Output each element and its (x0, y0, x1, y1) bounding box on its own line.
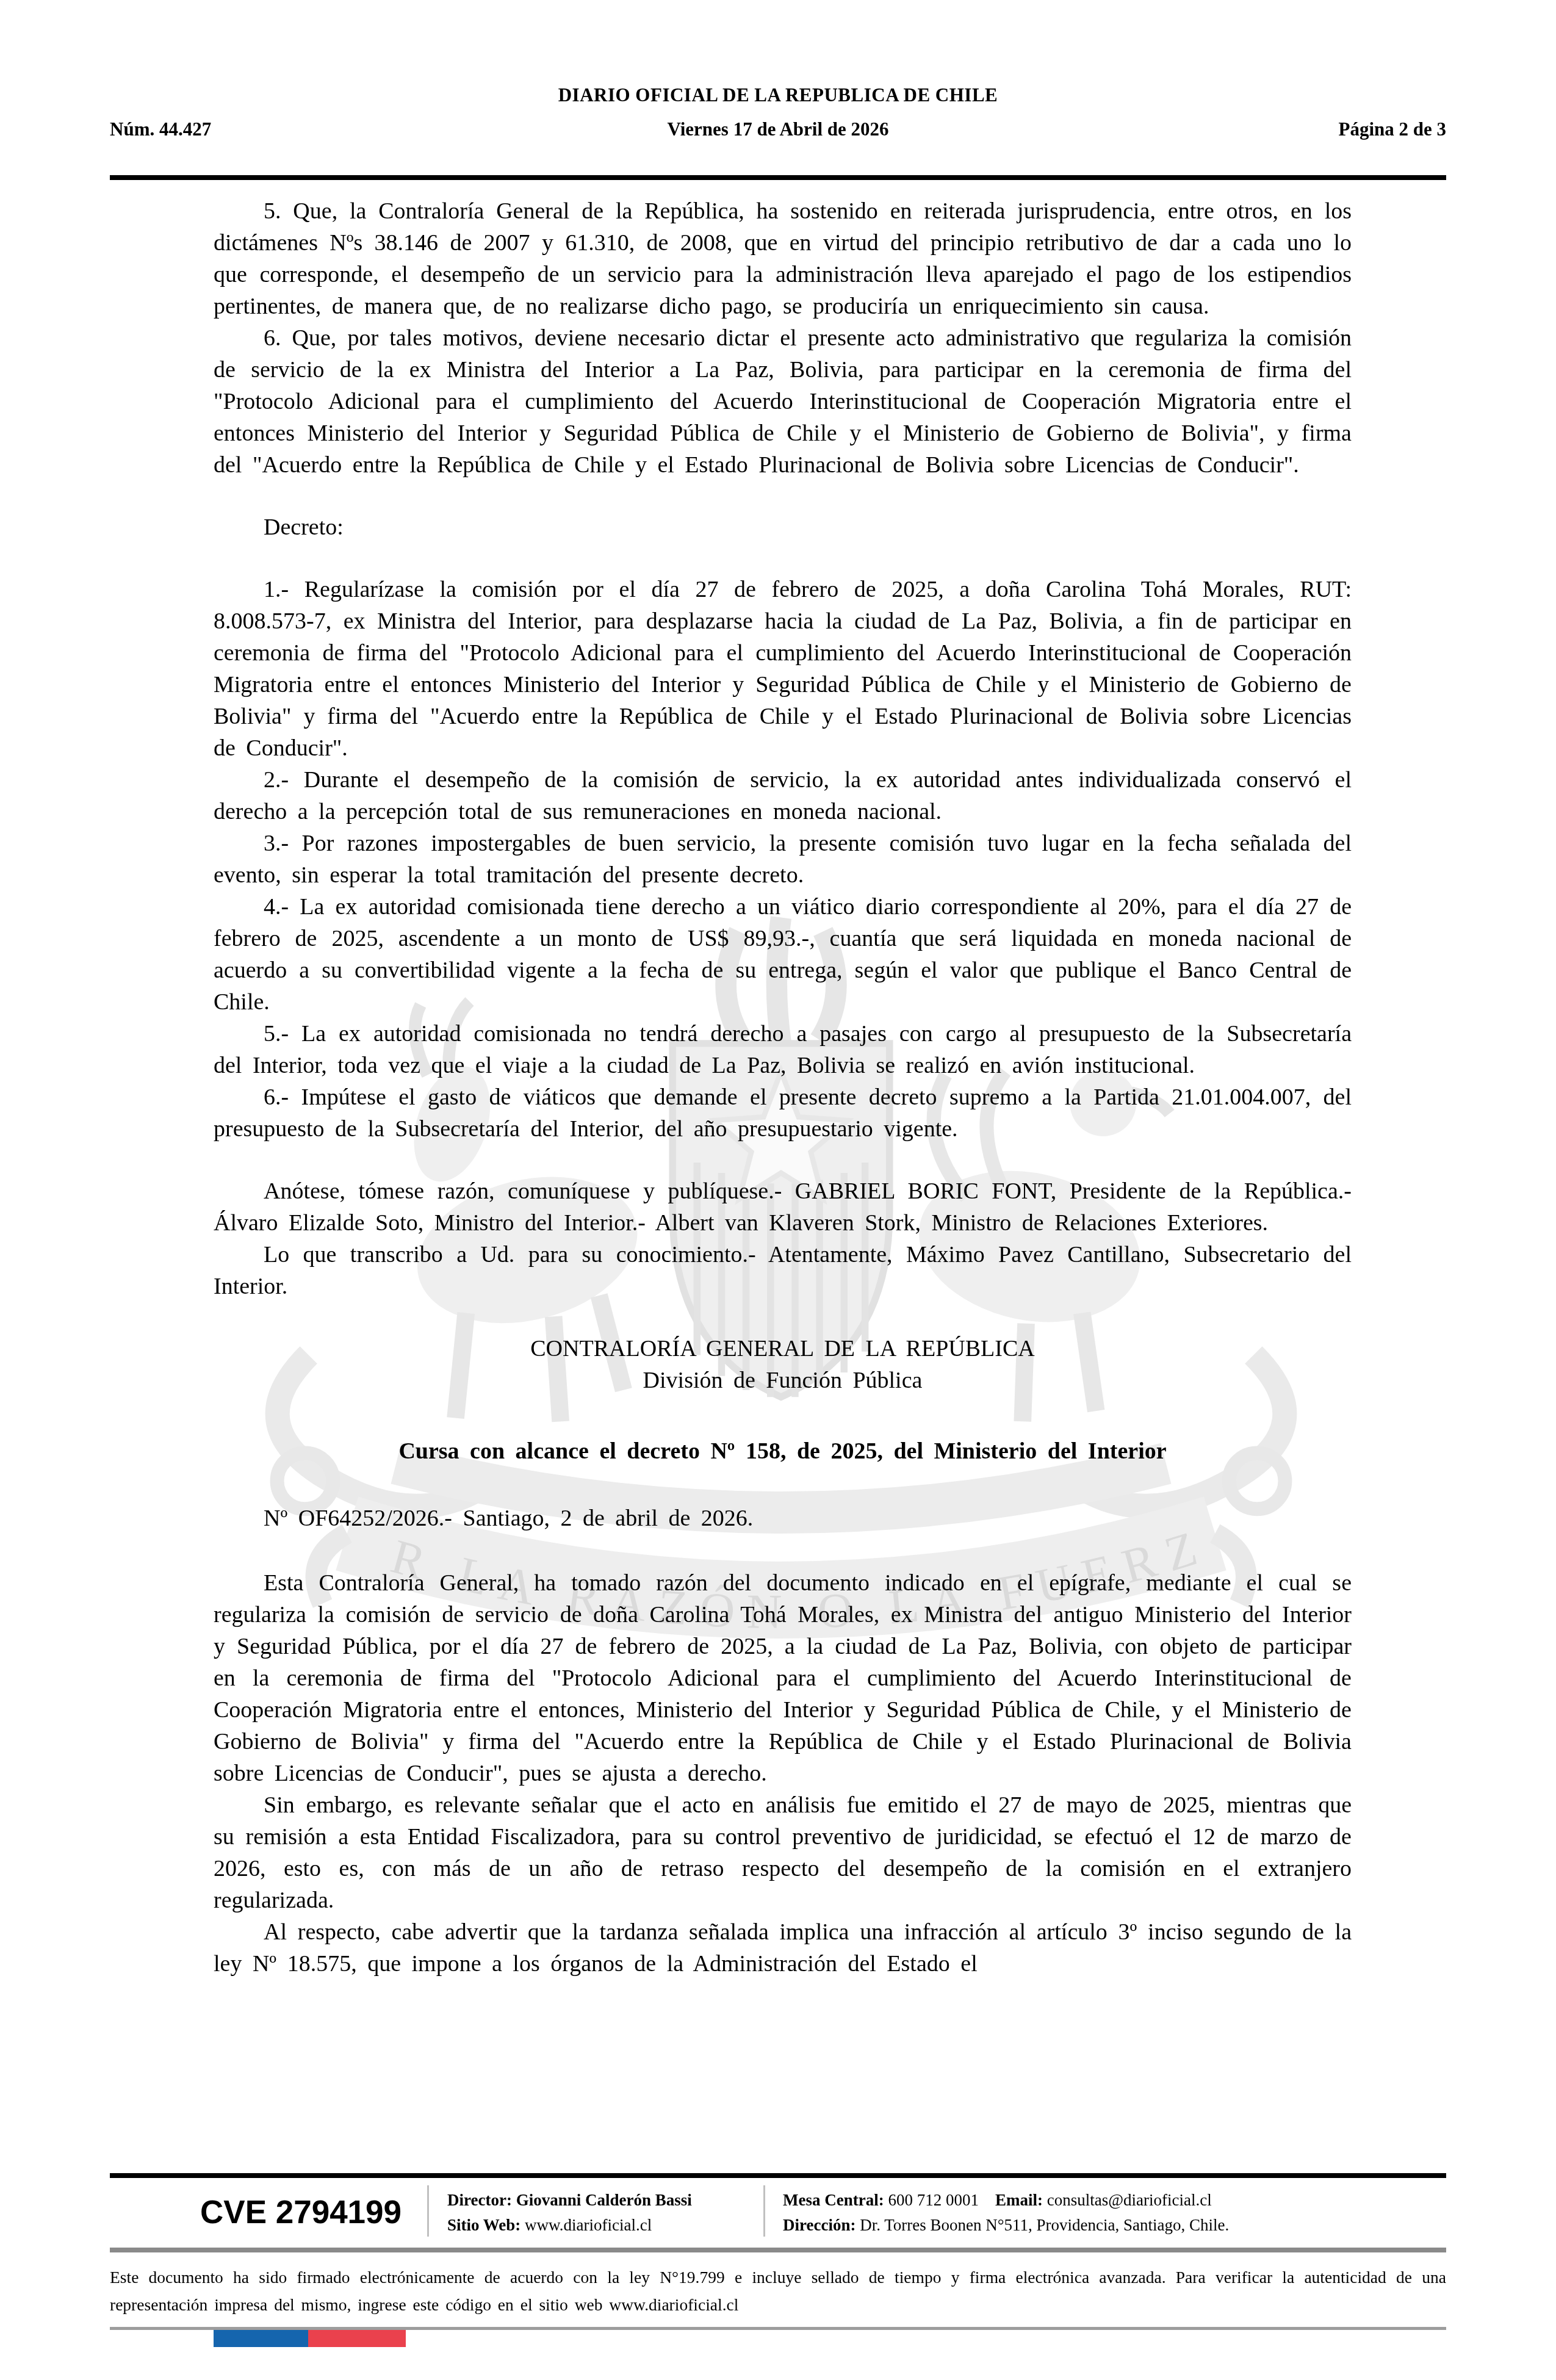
gazette-page: DIARIO OFICIAL DE LA REPUBLICA DE CHILE … (0, 0, 1556, 2380)
considerando-5: 5. Que, la Contraloría General de la Rep… (214, 195, 1352, 322)
footer-director-column: Director: Giovanni Calderón Bassi Sitio … (447, 2188, 692, 2238)
ruling-paragraph-1: Esta Contraloría General, ha tomado razó… (214, 1567, 1352, 1789)
footer-divider-2 (763, 2185, 765, 2237)
address-label: Dirección: (783, 2216, 855, 2234)
director-name: Giovanni Calderón Bassi (516, 2191, 692, 2209)
cve-row: CVE 2794199 Director: Giovanni Calderón … (110, 2178, 1446, 2248)
signature-block: Anótese, tómese razón, comuníquese y pub… (214, 1175, 1352, 1239)
phone-label: Mesa Central: (783, 2191, 884, 2209)
decree-item-5: 5.- La ex autoridad comisionada no tendr… (214, 1018, 1352, 1081)
director-label: Director: (447, 2191, 512, 2209)
decree-item-4: 4.- La ex autoridad comisionada tiene de… (214, 891, 1352, 1018)
considerando-6: 6. Que, por tales motivos, deviene neces… (214, 322, 1352, 481)
footer-gray-rule (110, 2248, 1446, 2252)
website-label: Sitio Web: (447, 2216, 520, 2234)
decreto-label: Decreto: (214, 511, 1352, 543)
ruling-title: Cursa con alcance el decreto Nº 158, de … (214, 1435, 1352, 1467)
gazette-title: DIARIO OFICIAL DE LA REPUBLICA DE CHILE (110, 84, 1446, 106)
website-line: Sitio Web: www.diarioficial.cl (447, 2213, 692, 2238)
reference-line: Nº OF64252/2026.- Santiago, 2 de abril d… (214, 1502, 1352, 1534)
transcription-note: Lo que transcribo a Ud. para su conocimi… (214, 1239, 1352, 1302)
page-header: DIARIO OFICIAL DE LA REPUBLICA DE CHILE … (110, 84, 1446, 143)
header-divider-rule (110, 175, 1446, 180)
footer-contact-column: Mesa Central: 600 712 0001 Email: consul… (783, 2188, 1229, 2238)
footer-divider-1 (427, 2185, 429, 2237)
legal-disclaimer: Este documento ha sido firmado electróni… (110, 2263, 1446, 2318)
cve-code: CVE 2794199 (200, 2194, 402, 2231)
page-indicator: Página 2 de 3 (1338, 118, 1446, 140)
document-body: 5. Que, la Contraloría General de la Rep… (214, 195, 1352, 2169)
director-line: Director: Giovanni Calderón Bassi (447, 2188, 692, 2213)
page-footer: CVE 2794199 Director: Giovanni Calderón … (110, 2173, 1446, 2348)
address-line: Dirección: Dr. Torres Boonen N°511, Prov… (783, 2213, 1229, 2238)
email-label: Email: (995, 2191, 1043, 2209)
edition-date: Viernes 17 de Abril de 2026 (110, 118, 1446, 140)
chile-flag-mark (110, 2330, 1446, 2348)
website-url: www.diarioficial.cl (525, 2216, 652, 2234)
phone-number: 600 712 0001 (888, 2191, 979, 2209)
issue-number: Núm. 44.427 (110, 118, 211, 140)
flag-blue-segment (214, 2330, 308, 2347)
ruling-paragraph-2: Sin embargo, es relevante señalar que el… (214, 1789, 1352, 1916)
flag-red-segment (308, 2330, 406, 2347)
decree-item-2: 2.- Durante el desempeño de la comisión … (214, 764, 1352, 828)
contraloria-heading: CONTRALORÍA GENERAL DE LA REPÚBLICA (214, 1333, 1352, 1365)
address-value: Dr. Torres Boonen N°511, Providencia, Sa… (860, 2216, 1229, 2234)
footer-top-rule (110, 2173, 1446, 2178)
decree-item-3: 3.- Por razones impostergables de buen s… (214, 828, 1352, 891)
header-meta-row: Núm. 44.427 Viernes 17 de Abril de 2026 … (110, 118, 1446, 143)
decree-item-1: 1.- Regularízase la comisión por el día … (214, 574, 1352, 764)
email-address: consultas@diarioficial.cl (1047, 2191, 1212, 2209)
division-subheading: División de Función Pública (214, 1365, 1352, 1396)
ruling-paragraph-3: Al respecto, cabe advertir que la tardan… (214, 1916, 1352, 1980)
phone-email-line: Mesa Central: 600 712 0001 Email: consul… (783, 2188, 1229, 2213)
decree-item-6: 6.- Impútese el gasto de viáticos que de… (214, 1081, 1352, 1145)
